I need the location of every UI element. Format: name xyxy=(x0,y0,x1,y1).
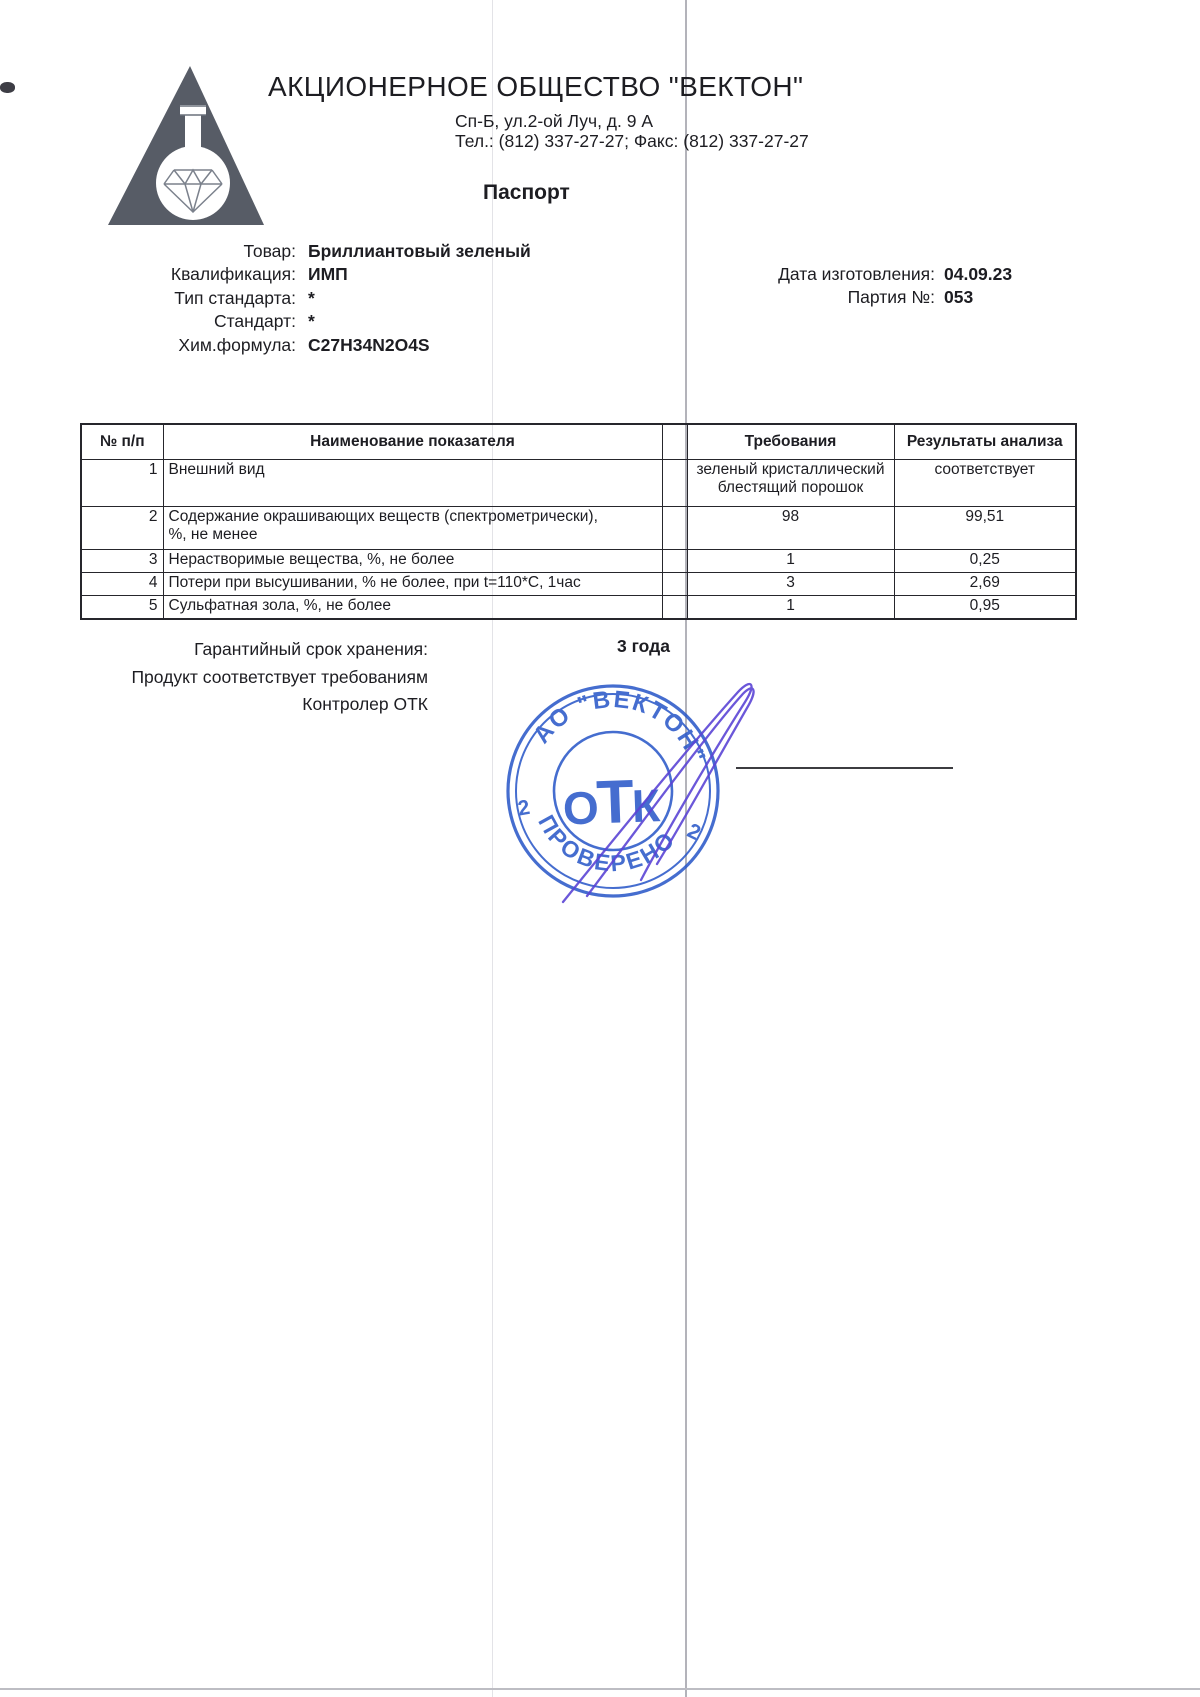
table-row: 2 Содержание окрашивающих веществ (спект… xyxy=(81,507,1076,550)
product-field-formula: Хим.формула: C27H34N2O4S xyxy=(80,335,531,358)
field-label: Товар: xyxy=(80,241,296,262)
cell-requirement: 1 xyxy=(687,596,894,620)
field-value: Бриллиантовый зеленый xyxy=(308,241,531,262)
batch-field-date: Дата изготовления: 04.09.23 xyxy=(755,264,1012,287)
conforms-label: Продукт соответствует требованиям xyxy=(80,664,428,692)
product-info-block: Товар: Бриллиантовый зеленый Квалификаци… xyxy=(80,241,531,358)
field-label: Квалификация: xyxy=(80,264,296,285)
field-value: 04.09.23 xyxy=(944,264,1012,285)
batch-info-block: Дата изготовления: 04.09.23 Партия №: 05… xyxy=(755,264,1012,311)
cell-result: 2,69 xyxy=(894,573,1076,596)
cell-name: Сульфатная зола, %, не более xyxy=(163,596,662,620)
scan-ink-speck xyxy=(0,82,15,93)
document-title: Паспорт xyxy=(483,181,570,205)
cell-spacer xyxy=(662,507,687,550)
cell-name: Нерастворимые вещества, %, не более xyxy=(163,550,662,573)
product-field-tovar: Товар: Бриллиантовый зеленый xyxy=(80,241,531,264)
table-header-row: № п/п Наименование показателя Требования… xyxy=(81,424,1076,460)
field-label: Хим.формула: xyxy=(80,335,296,356)
field-label: Дата изготовления: xyxy=(755,264,935,285)
cell-spacer xyxy=(662,573,687,596)
field-value: C27H34N2O4S xyxy=(308,335,430,356)
cell-result: 0,25 xyxy=(894,550,1076,573)
scan-bottom-edge-line xyxy=(0,1688,1200,1690)
cell-num: 1 xyxy=(81,460,163,507)
otk-controller-label: Контролер ОТК xyxy=(80,691,428,719)
analysis-table: № п/п Наименование показателя Требования… xyxy=(80,423,1077,620)
field-value: * xyxy=(308,288,315,309)
cell-spacer xyxy=(662,596,687,620)
cell-name: Содержание окрашивающих веществ (спектро… xyxy=(163,507,662,550)
product-field-standard: Стандарт: * xyxy=(80,311,531,334)
col-header-requirements: Требования xyxy=(687,424,894,460)
shelf-life-label: Гарантийный срок хранения: xyxy=(80,636,428,664)
vekton-logo-icon xyxy=(100,60,272,228)
handwritten-signature-icon xyxy=(535,650,785,910)
field-value: * xyxy=(308,311,315,332)
col-header-results: Результаты анализа xyxy=(894,424,1076,460)
cell-requirement: зеленый кристаллический блестящий порошо… xyxy=(687,460,894,507)
company-phone-fax: Тел.: (812) 337-27-27; Факс: (812) 337-2… xyxy=(455,131,809,152)
col-header-num: № п/п xyxy=(81,424,163,460)
cell-name: Внешний вид xyxy=(163,460,662,507)
cell-num: 4 xyxy=(81,573,163,596)
col-header-spacer xyxy=(662,424,687,460)
field-label: Тип стандарта: xyxy=(80,288,296,309)
cell-result: соответствует xyxy=(894,460,1076,507)
cell-spacer xyxy=(662,550,687,573)
footer-labels-block: Гарантийный срок хранения: Продукт соотв… xyxy=(80,636,428,719)
cell-num: 2 xyxy=(81,507,163,550)
scanned-passport-document: АКЦИОНЕРНОЕ ОБЩЕСТВО "ВЕКТОН" Сп-Б, ул.2… xyxy=(0,0,1200,1697)
field-label: Стандарт: xyxy=(80,311,296,332)
cell-num: 5 xyxy=(81,596,163,620)
product-field-qualification: Квалификация: ИМП xyxy=(80,264,531,287)
stamp-left-digit: 2 xyxy=(516,796,532,821)
field-label: Партия №: xyxy=(755,287,935,308)
company-address: Сп-Б, ул.2-ой Луч, д. 9 А xyxy=(455,111,653,132)
table-row: 5 Сульфатная зола, %, не более 1 0,95 xyxy=(81,596,1076,620)
cell-name: Потери при высушивании, % не более, при … xyxy=(163,573,662,596)
cell-result: 0,95 xyxy=(894,596,1076,620)
cell-requirement: 1 xyxy=(687,550,894,573)
field-value: ИМП xyxy=(308,264,348,285)
table-row: 1 Внешний вид зеленый кристаллический бл… xyxy=(81,460,1076,507)
cell-requirement: 98 xyxy=(687,507,894,550)
field-value: 053 xyxy=(944,287,973,308)
cell-spacer xyxy=(662,460,687,507)
company-name: АКЦИОНЕРНОЕ ОБЩЕСТВО "ВЕКТОН" xyxy=(268,71,803,103)
cell-num: 3 xyxy=(81,550,163,573)
col-header-name: Наименование показателя xyxy=(163,424,662,460)
cell-result: 99,51 xyxy=(894,507,1076,550)
cell-requirement: 3 xyxy=(687,573,894,596)
product-field-standard-type: Тип стандарта: * xyxy=(80,288,531,311)
batch-field-lot: Партия №: 053 xyxy=(755,287,1012,310)
table-row: 3 Нерастворимые вещества, %, не более 1 … xyxy=(81,550,1076,573)
table-row: 4 Потери при высушивании, % не более, пр… xyxy=(81,573,1076,596)
